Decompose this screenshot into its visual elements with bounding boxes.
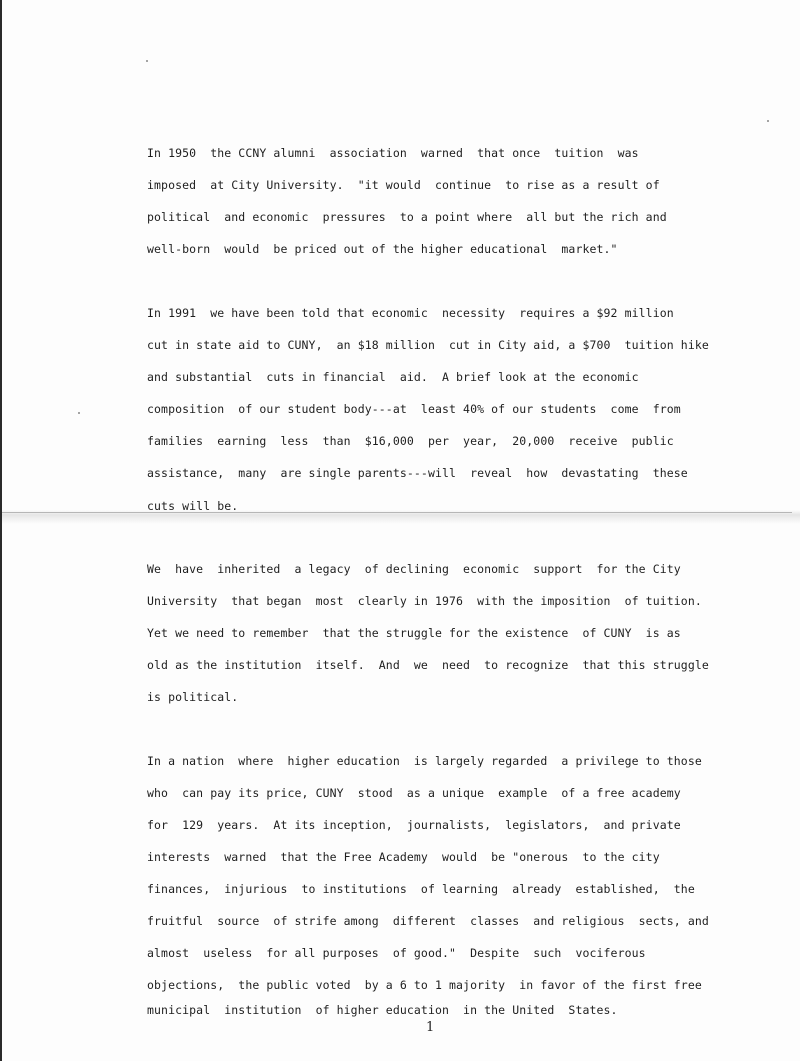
paper-speck: [606, 1010, 608, 1012]
text-line: In 1991 we have been told that economic …: [147, 306, 674, 320]
text-line: We have inherited a legacy of declining …: [147, 562, 681, 576]
text-line: cut in state aid to CUNY, an $18 million…: [147, 338, 709, 352]
text-line: In 1950 the CCNY alumni association warn…: [147, 146, 639, 160]
text-line: old as the institution itself. And we ne…: [147, 658, 709, 672]
page-number: 1: [426, 1020, 434, 1035]
text-line: families earning less than $16,000 per y…: [147, 434, 674, 448]
text-line: well-born would be priced out of the hig…: [147, 242, 618, 256]
text-line: cuts will be.: [147, 499, 238, 513]
text-line: University that began most clearly in 19…: [147, 594, 702, 608]
paper-speck: [767, 120, 769, 122]
text-line: assistance, many are single parents---wi…: [147, 466, 688, 480]
text-line: finances, injurious to institutions of l…: [147, 882, 695, 896]
text-line: almost useless for all purposes of good.…: [147, 946, 646, 960]
text-line: In a nation where higher education is la…: [147, 754, 702, 768]
paper-speck: [146, 60, 148, 62]
text-line: political and economic pressures to a po…: [147, 210, 667, 224]
text-line: is political.: [147, 690, 238, 704]
text-line: objections, the public voted by a 6 to 1…: [147, 978, 702, 992]
text-line: who can pay its price, CUNY stood as a u…: [147, 786, 681, 800]
text-line: imposed at City University. "it would co…: [147, 178, 660, 192]
paper-fold-line: [2, 512, 792, 513]
text-line: Yet we need to remember that the struggl…: [147, 626, 681, 640]
scanned-page: In 1950 the CCNY alumni association warn…: [0, 0, 800, 1061]
text-line: and substantial cuts in financial aid. A…: [147, 370, 639, 384]
text-line: interests warned that the Free Academy w…: [147, 850, 660, 864]
text-line: municipal institution of higher educatio…: [147, 1003, 618, 1017]
text-line: for 129 years. At its inception, journal…: [147, 818, 681, 832]
text-line: fruitful source of strife among differen…: [147, 914, 709, 928]
paper-speck: [78, 412, 80, 414]
text-line: composition of our student body---at lea…: [147, 402, 681, 416]
